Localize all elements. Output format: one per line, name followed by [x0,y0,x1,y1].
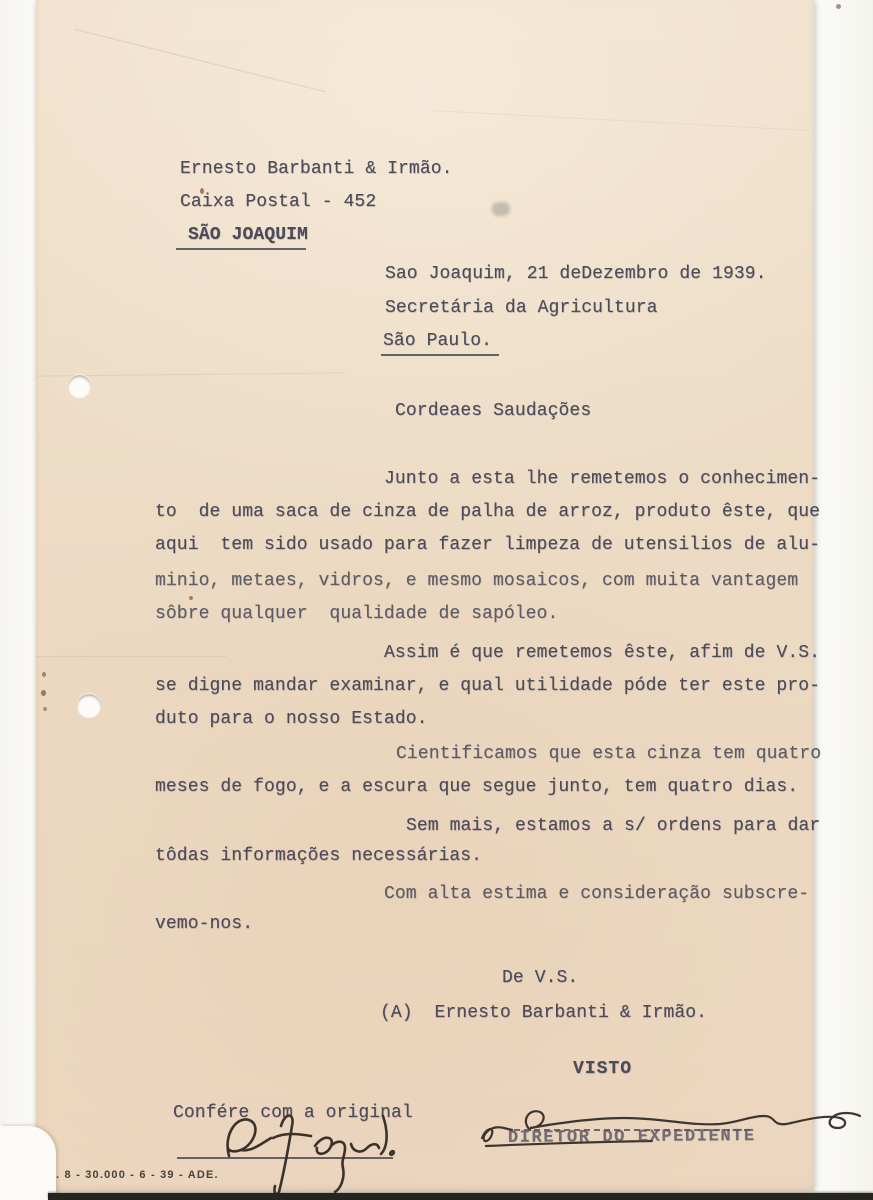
salutation: Cordeaes Saudações [395,400,591,422]
body-line: sôbre qualquer qualidade de sapóleo. [155,603,558,625]
body-line: meses de fogo, e a escura que segue junt… [155,776,798,798]
underline-recipient-city [381,354,499,356]
handwritten-signature-left [215,1104,415,1196]
paper-speck [836,4,841,9]
body-line: Cientificamos que esta cinza tem quatro [396,743,821,765]
ink-smudge [492,202,510,216]
scanned-letter-page: Ernesto Barbanti & Irmão. Caixa Postal -… [0,0,873,1200]
sender-city: SÃO JOAQUIM [188,224,308,246]
footer-print-code: . 8 - 30.000 - 6 - 39 - ADE. [56,1169,219,1181]
underline-sender-city [176,248,306,250]
body-line: duto para o nosso Estado. [155,708,428,730]
scanner-corner-blob [0,1126,56,1200]
body-line: Sem mais, estamos a s/ ordens para dar [406,815,820,837]
stamp-diretor: DIRETOR DO EXPEDIENTE [508,1127,756,1148]
scan-bottom-edge [48,1193,873,1200]
body-line: minio, metaes, vidros, e mesmo mosaicos,… [155,570,798,592]
paper-speck [41,690,46,696]
paper-speck [189,596,193,600]
closing-de-vs: De V.S. [502,967,578,989]
dateline: Sao Joaquim, 21 deDezembro de 1939. [385,263,767,285]
body-line: vemo-nos. [155,913,253,935]
body-line: tôdas informações necessárias. [155,845,482,867]
visto-label: VISTO [573,1058,632,1080]
punch-hole [68,375,91,398]
body-line: aqui tem sido usado para fazer limpeza d… [155,534,820,556]
body-line: Assim é que remetemos êste, afim de V.S. [384,642,820,664]
paper-speck [43,707,47,711]
closing-signed-line: (A) Ernesto Barbanti & Irmão. [380,1002,707,1024]
body-line: se digne mandar examinar, e qual utilida… [155,675,820,697]
body-line: to de uma saca de cinza de palha de arro… [155,501,820,523]
sender-company: Ernesto Barbanti & Irmão. [180,158,453,180]
body-line: Junto a esta lhe remetemos o conhecimen- [384,468,820,490]
punch-hole [77,694,101,718]
recipient-city: São Paulo. [383,330,492,352]
paper-speck [42,672,46,677]
recipient-department: Secretária da Agricultura [385,297,658,319]
sender-po-box: Caixa Postal - 452 [180,191,376,213]
body-line: Com alta estima e consideração subscre- [384,883,809,905]
